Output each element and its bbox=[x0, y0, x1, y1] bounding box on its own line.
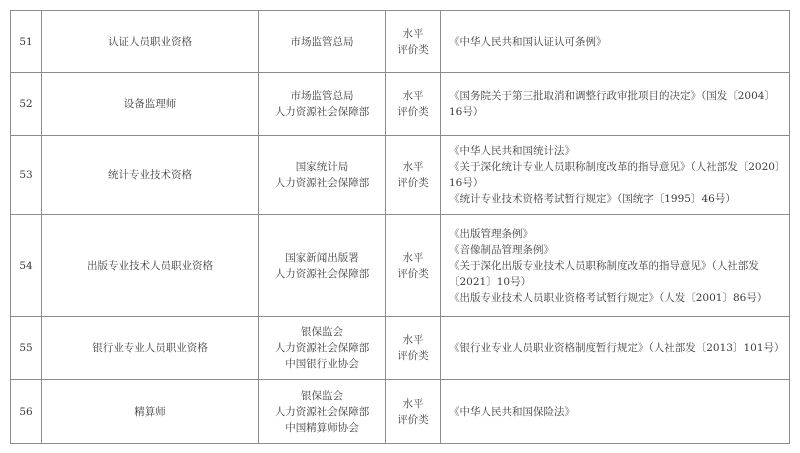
basis-document: 《关于深化统计专业人员职称制度改革的指导意见》（人社部发〔2020〕16号） bbox=[449, 159, 781, 191]
department: 银保监会 bbox=[259, 388, 385, 404]
row-number: 55 bbox=[11, 317, 42, 380]
basis-cell: 《中华人民共和国认证认可条例》 bbox=[441, 11, 790, 73]
table-row: 54 出版专业技术人员职业资格 国家新闻出版署 人力资源社会保障部 水平 评价类… bbox=[11, 215, 790, 317]
basis-cell: 《中华人民共和国保险法》 bbox=[441, 380, 790, 444]
row-number: 56 bbox=[11, 380, 42, 444]
type-line: 评价类 bbox=[386, 266, 440, 282]
type-line: 评价类 bbox=[386, 348, 440, 364]
department: 中国精算师协会 bbox=[259, 420, 385, 436]
type-line: 水平 bbox=[386, 396, 440, 412]
basis-document: 《统计专业技术资格考试暂行规定》（国统字〔1995〕46号） bbox=[449, 191, 781, 207]
basis-document: 《出版专业技术人员职业资格考试暂行规定》（人发〔2001〕86号） bbox=[449, 290, 781, 306]
department: 中国银行业协会 bbox=[259, 356, 385, 372]
table-row: 51 认证人员职业资格 市场监管总局 水平 评价类 《中华人民共和国认证认可条例… bbox=[11, 11, 790, 73]
type-cell: 水平 评价类 bbox=[386, 317, 441, 380]
basis-document: 《出版管理条例》 bbox=[449, 226, 781, 242]
qualification-name: 出版专业技术人员职业资格 bbox=[42, 215, 259, 317]
type-line: 评价类 bbox=[386, 412, 440, 428]
type-line: 评价类 bbox=[386, 42, 440, 58]
department: 人力资源社会保障部 bbox=[259, 340, 385, 356]
row-number: 52 bbox=[11, 73, 42, 136]
department: 人力资源社会保障部 bbox=[259, 266, 385, 282]
basis-document: 《中华人民共和国统计法》 bbox=[449, 143, 781, 159]
department: 国家统计局 bbox=[259, 159, 385, 175]
table-row: 55 银行业专业人员职业资格 银保监会 人力资源社会保障部 中国银行业协会 水平… bbox=[11, 317, 790, 380]
department: 市场监管总局 bbox=[259, 34, 385, 50]
basis-document: 《关于深化出版专业技术人员职称制度改革的指导意见》（人社部发〔2021〕10号） bbox=[449, 258, 781, 290]
department: 国家新闻出版署 bbox=[259, 250, 385, 266]
department: 银保监会 bbox=[259, 324, 385, 340]
basis-cell: 《银行业专业人员职业资格制度暂行规定》（人社部发〔2013〕101号） bbox=[441, 317, 790, 380]
department: 人力资源社会保障部 bbox=[259, 104, 385, 120]
qualification-name: 设备监理师 bbox=[42, 73, 259, 136]
department-cell: 国家统计局 人力资源社会保障部 bbox=[259, 136, 386, 215]
basis-document: 《国务院关于第三批取消和调整行政审批项目的决定》（国发〔2004〕16号） bbox=[449, 88, 781, 120]
department: 人力资源社会保障部 bbox=[259, 175, 385, 191]
type-line: 水平 bbox=[386, 88, 440, 104]
type-cell: 水平 评价类 bbox=[386, 11, 441, 73]
department-cell: 银保监会 人力资源社会保障部 中国精算师协会 bbox=[259, 380, 386, 444]
basis-cell: 《出版管理条例》 《音像制品管理条例》 《关于深化出版专业技术人员职称制度改革的… bbox=[441, 215, 790, 317]
department-cell: 国家新闻出版署 人力资源社会保障部 bbox=[259, 215, 386, 317]
type-cell: 水平 评价类 bbox=[386, 73, 441, 136]
department-cell: 市场监管总局 bbox=[259, 11, 386, 73]
qualification-table: 51 认证人员职业资格 市场监管总局 水平 评价类 《中华人民共和国认证认可条例… bbox=[10, 10, 790, 444]
qualification-name: 统计专业技术资格 bbox=[42, 136, 259, 215]
basis-cell: 《国务院关于第三批取消和调整行政审批项目的决定》（国发〔2004〕16号） bbox=[441, 73, 790, 136]
department-cell: 银保监会 人力资源社会保障部 中国银行业协会 bbox=[259, 317, 386, 380]
type-cell: 水平 评价类 bbox=[386, 380, 441, 444]
department: 人力资源社会保障部 bbox=[259, 404, 385, 420]
type-line: 水平 bbox=[386, 250, 440, 266]
type-line: 评价类 bbox=[386, 175, 440, 191]
basis-document: 《中华人民共和国认证认可条例》 bbox=[449, 34, 781, 50]
department-cell: 市场监管总局 人力资源社会保障部 bbox=[259, 73, 386, 136]
qualification-name: 认证人员职业资格 bbox=[42, 11, 259, 73]
table-row: 53 统计专业技术资格 国家统计局 人力资源社会保障部 水平 评价类 《中华人民… bbox=[11, 136, 790, 215]
type-line: 水平 bbox=[386, 26, 440, 42]
type-cell: 水平 评价类 bbox=[386, 136, 441, 215]
department: 市场监管总局 bbox=[259, 88, 385, 104]
type-line: 评价类 bbox=[386, 104, 440, 120]
type-line: 水平 bbox=[386, 332, 440, 348]
basis-document: 《音像制品管理条例》 bbox=[449, 242, 781, 258]
row-number: 54 bbox=[11, 215, 42, 317]
row-number: 51 bbox=[11, 11, 42, 73]
row-number: 53 bbox=[11, 136, 42, 215]
type-line: 水平 bbox=[386, 159, 440, 175]
table-row: 56 精算师 银保监会 人力资源社会保障部 中国精算师协会 水平 评价类 《中华… bbox=[11, 380, 790, 444]
basis-document: 《中华人民共和国保险法》 bbox=[449, 404, 781, 420]
qualification-name: 精算师 bbox=[42, 380, 259, 444]
qualification-name: 银行业专业人员职业资格 bbox=[42, 317, 259, 380]
basis-document: 《银行业专业人员职业资格制度暂行规定》（人社部发〔2013〕101号） bbox=[449, 340, 781, 356]
table-row: 52 设备监理师 市场监管总局 人力资源社会保障部 水平 评价类 《国务院关于第… bbox=[11, 73, 790, 136]
type-cell: 水平 评价类 bbox=[386, 215, 441, 317]
basis-cell: 《中华人民共和国统计法》 《关于深化统计专业人员职称制度改革的指导意见》（人社部… bbox=[441, 136, 790, 215]
